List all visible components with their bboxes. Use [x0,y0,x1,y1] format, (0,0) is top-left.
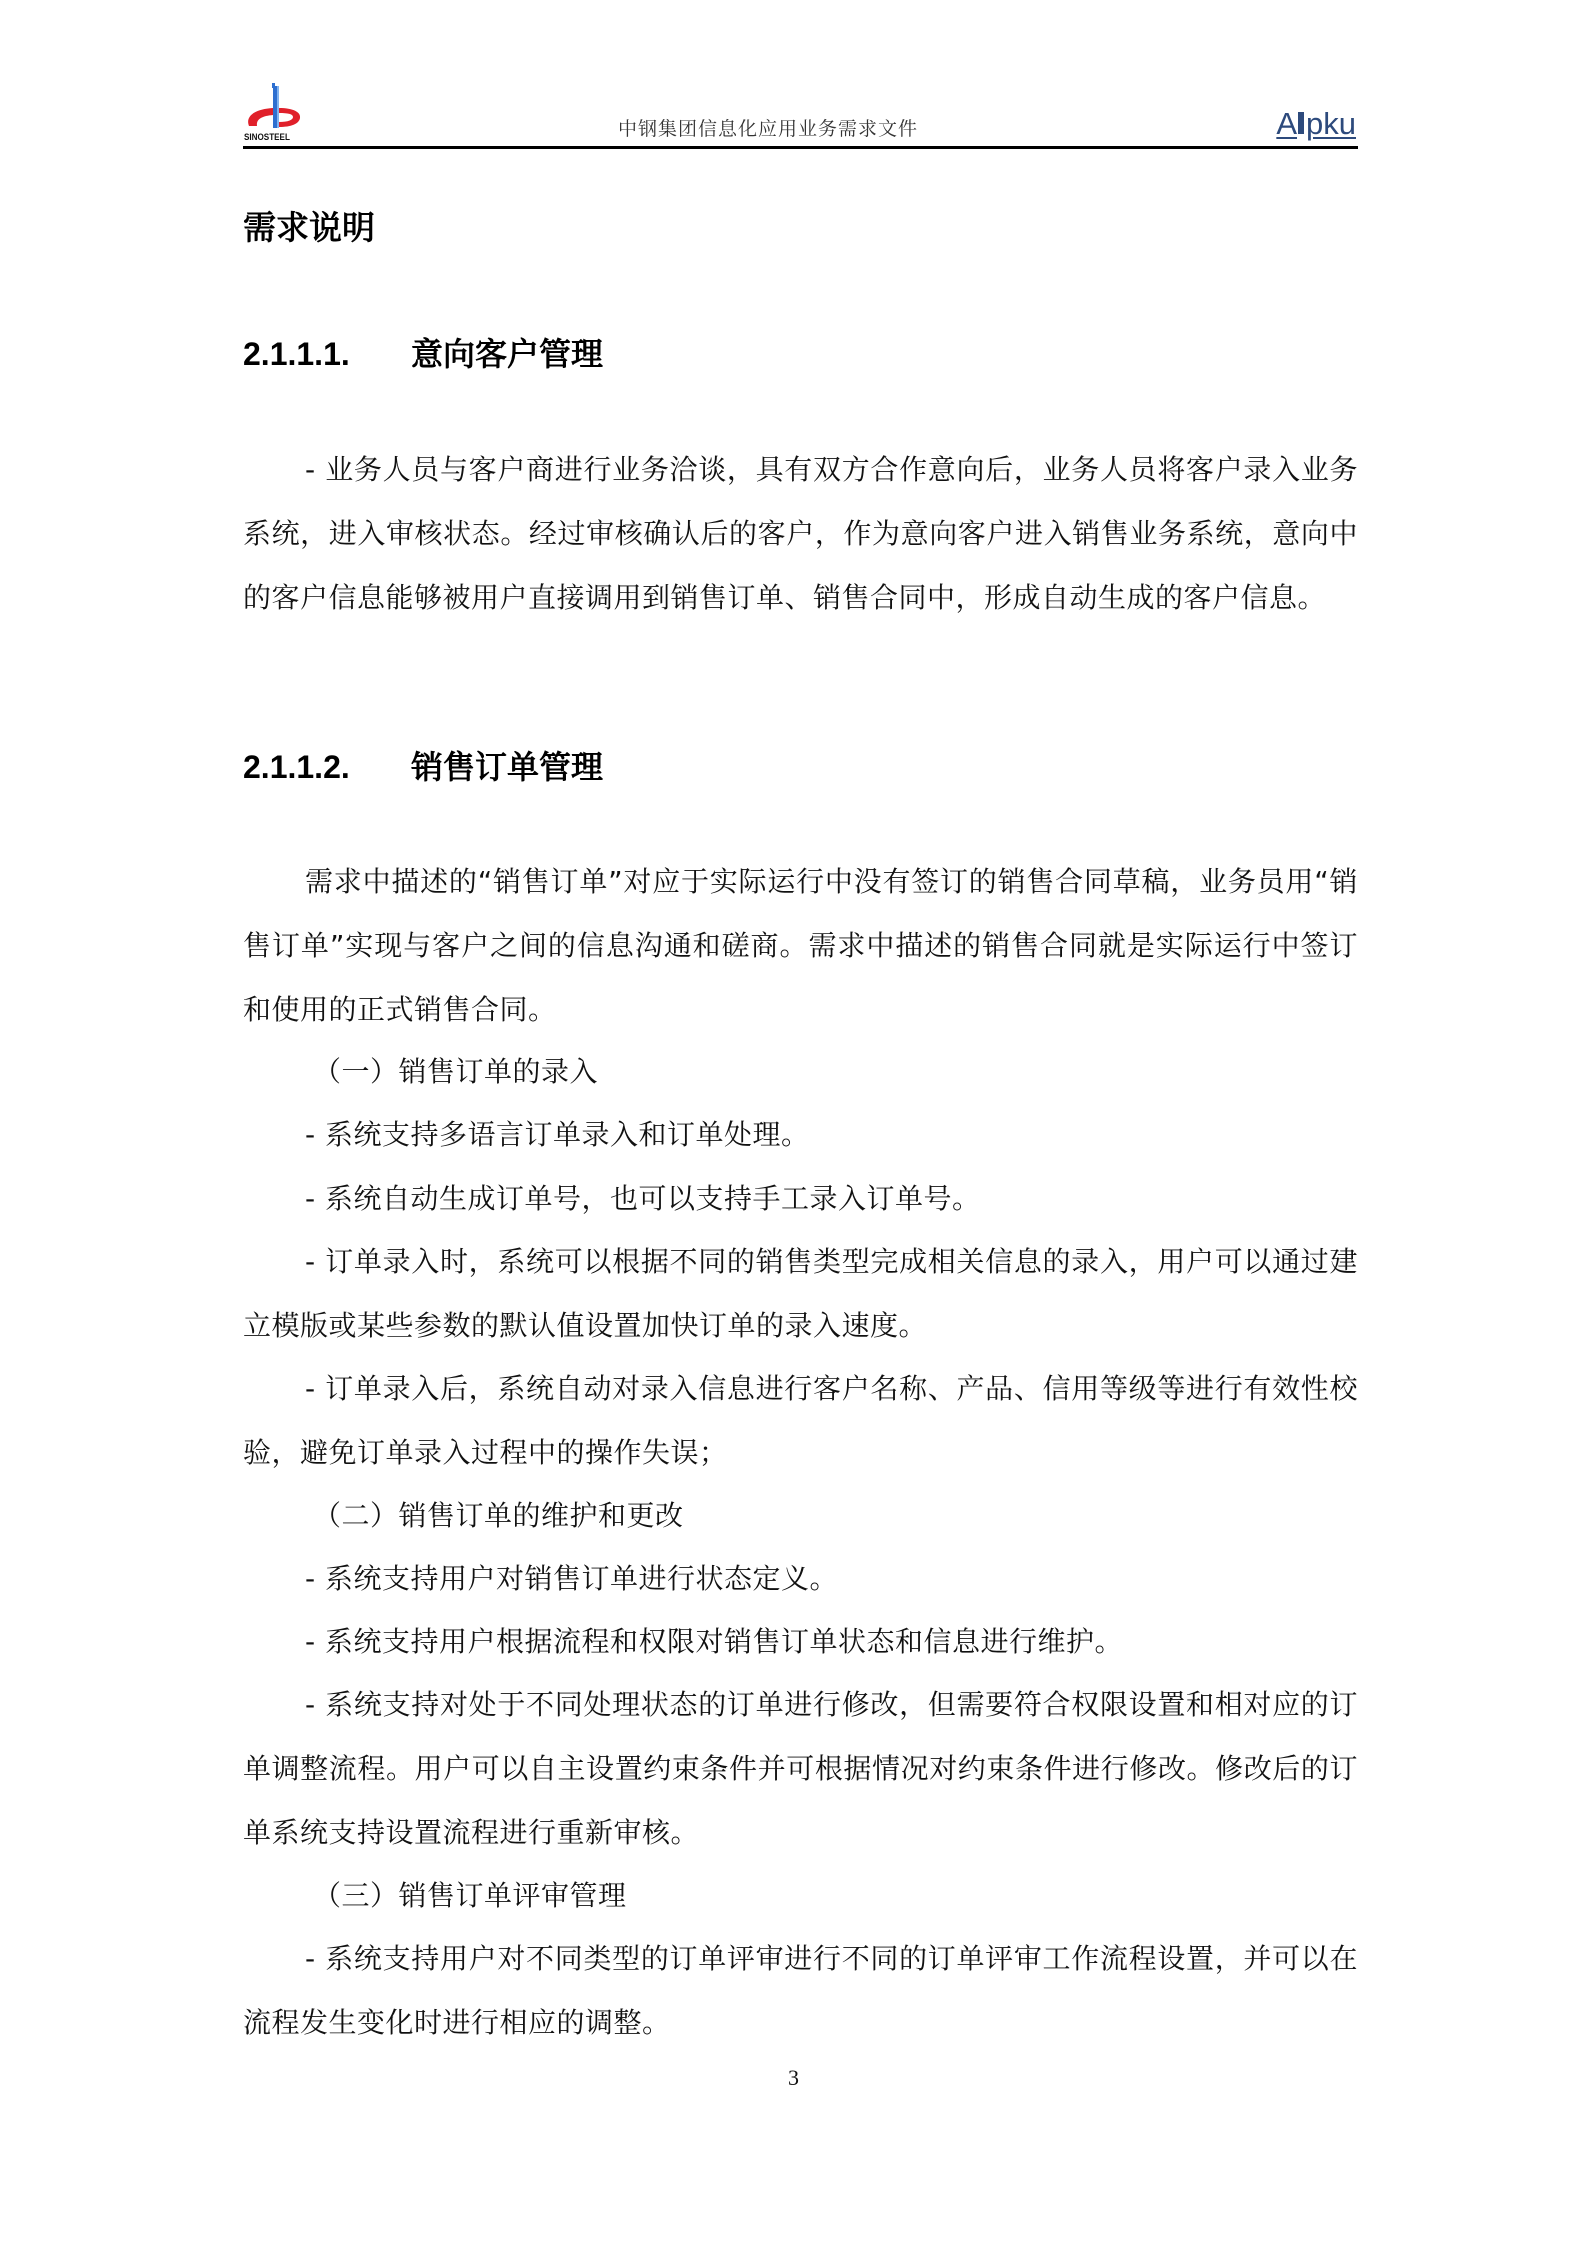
list-item: - 系统支持多语言订单录入和订单处理。 [243,1103,1358,1167]
section-heading-2-1-1-2: 2.1.1.2.销售订单管理 [243,747,603,787]
list-item: - 订单录入时，系统可以根据不同的销售类型完成相关信息的录入，用户可以通过建立模… [243,1230,1358,1358]
header-divider [243,146,1358,149]
list-item: - 系统支持用户根据流程和权限对销售订单状态和信息进行维护。 [243,1610,1358,1674]
page-number: 3 [0,2065,1587,2091]
list-item: - 系统支持用户对销售订单进行状态定义。 [243,1547,1358,1611]
alpku-logo-text-a: A [1276,106,1297,141]
subsection-heading: （三）销售订单评审管理 [243,1864,1428,1928]
page-header: SINOSTEEL 中钢集团信息化应用业务需求文件 Apku [243,78,1358,146]
section-number: 2.1.1.2. [243,747,411,787]
list-item: - 系统自动生成订单号，也可以支持手工录入订单号。 [243,1167,1358,1231]
list-item: - 系统支持用户对不同类型的订单评审进行不同的订单评审工作流程设置，并可以在流程… [243,1927,1358,2055]
section-title: 意向客户管理 [411,335,603,373]
alpku-logo-text-pku: pku [1306,106,1356,141]
sinosteel-logo-text: SINOSTEEL [244,132,290,142]
section-number: 2.1.1.1. [243,334,411,374]
header-title: 中钢集团信息化应用业务需求文件 [618,114,918,141]
subsection-heading: （二）销售订单的维护和更改 [243,1484,1428,1548]
main-heading: 需求说明 [243,208,375,248]
list-item: - 系统支持对处于不同处理状态的订单进行修改，但需要符合权限设置和相对应的订单调… [243,1673,1358,1865]
subsection-heading: （一）销售订单的录入 [243,1040,1428,1104]
document-page: SINOSTEEL 中钢集团信息化应用业务需求文件 Apku 需求说明 2.1.… [0,0,1587,2245]
section-heading-2-1-1-1: 2.1.1.1.意向客户管理 [243,334,603,374]
paragraph: - 业务人员与客户商进行业务洽谈，具有双方合作意向后，业务人员将客户录入业务系统… [243,438,1358,630]
paragraph: 需求中描述的“销售订单”对应于实际运行中没有签订的销售合同草稿，业务员用“销售订… [243,850,1358,1042]
section-title: 销售订单管理 [411,748,603,786]
alpku-logo-icon: Apku [1276,106,1356,142]
sinosteel-logo-icon: SINOSTEEL [243,82,309,144]
list-item: - 订单录入后，系统自动对录入信息进行客户名称、产品、信用等级等进行有效性校验，… [243,1357,1358,1485]
alpku-logo-bar [1298,112,1304,134]
